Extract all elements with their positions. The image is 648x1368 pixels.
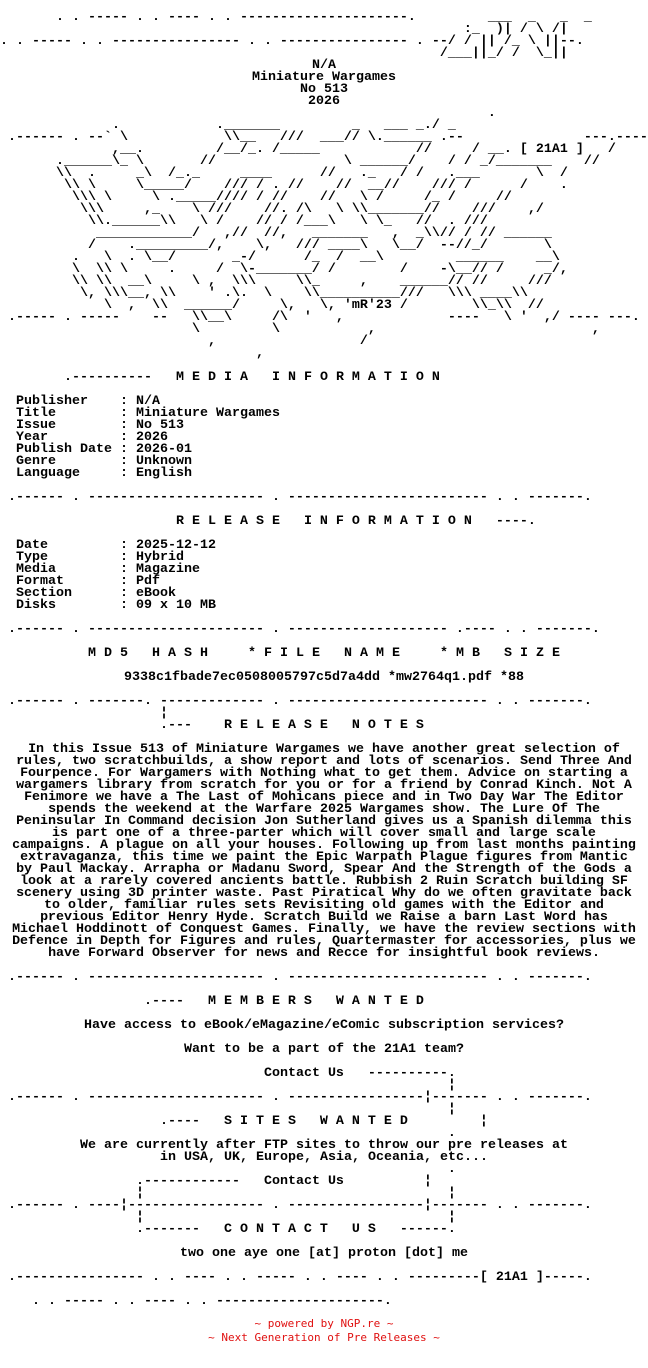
- md5-hash: 9338c1fbade7ec0508005797c5d7a4dd: [124, 670, 380, 685]
- next-gen-tagline: ~ Next Generation of Pre Releases ~: [0, 1331, 648, 1345]
- ascii-art-line: ,: [0, 348, 648, 360]
- release-notes-body: In this Issue 513 of Miniature Wargames …: [0, 744, 648, 960]
- release-info-heading: R E L E A S E I N F O R M A T I O N ----…: [0, 516, 648, 528]
- release-notes-heading: .--- R E L E A S E N O T E S: [0, 720, 648, 732]
- release-notes-line: have Forward Observer for news and Recce…: [0, 948, 648, 960]
- divider: .------ . ---------------------- . -----…: [0, 624, 648, 636]
- divider: .------ . ---------------------- . -----…: [0, 492, 648, 504]
- info-value: : 09 x 10 MB: [120, 598, 216, 613]
- tail-dots: . . ----- . . ---- . . -----------------…: [0, 1296, 648, 1308]
- file-size: *88: [500, 670, 524, 685]
- members-wanted-heading: .---- M E M B E R S W A N T E D: [0, 996, 648, 1008]
- contact-email: two one aye one [at] proton [dot] me: [0, 1248, 648, 1260]
- nfo-document: . . ----- . . ---- . . -----------------…: [0, 12, 648, 1308]
- ascii-art-logo: . . ._______ _ ___ _./ _ .------ . --` \…: [0, 108, 648, 360]
- info-row: Disks : 09 x 10 MB: [0, 600, 648, 612]
- info-label: Language: [0, 466, 120, 481]
- release-info-fields: Date : 2025-12-12 Type : Hybrid Media : …: [0, 540, 648, 612]
- footer-divider: .---------------- . . ---- . . ----- . .…: [0, 1272, 648, 1284]
- powered-by-text: ~ powered by NGP.re ~: [0, 1317, 648, 1331]
- media-info-fields: Publisher : N/A Title : Miniature Wargam…: [0, 396, 648, 480]
- file-info-heading: M D 5 H A S H * F I L E N A M E * M B S …: [0, 648, 648, 660]
- divider: .------ . ---------------------- . -----…: [0, 972, 648, 984]
- members-wanted-line2: Want to be a part of the 21A1 team?: [0, 1044, 648, 1056]
- contact-us-heading: .------- C O N T A C T U S ------.: [0, 1224, 648, 1236]
- file-info-row: 9338c1fbade7ec0508005797c5d7a4dd *mw2764…: [0, 672, 648, 684]
- file-name: *mw2764q1.pdf: [388, 670, 492, 685]
- info-label: Disks: [0, 598, 120, 613]
- members-wanted-line1: Have access to eBook/eMagazine/eComic su…: [0, 1020, 648, 1032]
- info-value: : English: [120, 466, 192, 481]
- media-info-heading: .---------- M E D I A I N F O R M A T I …: [0, 372, 648, 384]
- info-row: Language : English: [0, 468, 648, 480]
